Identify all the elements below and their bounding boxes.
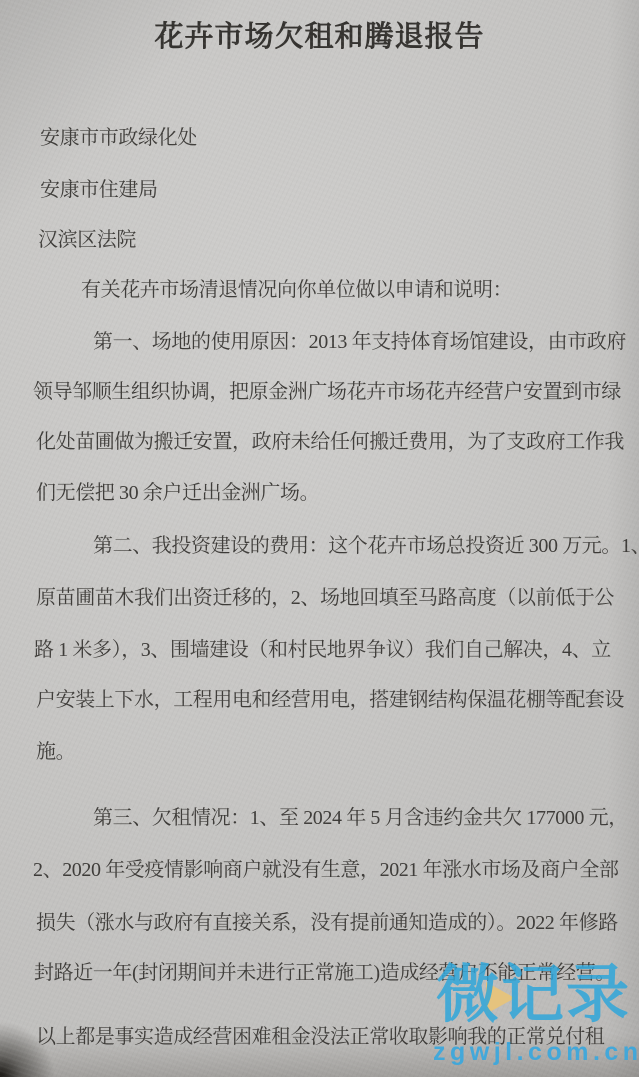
- recipient-line: 汉滨区法院: [38, 223, 136, 252]
- body-line: 们无偿把 30 余户迁出金洲广场。: [36, 476, 319, 505]
- body-line: 第一、场地的使用原因：2013 年支持体育场馆建设，由市政府: [36, 325, 626, 354]
- intro-line: 有关花卉市场清退情况向你单位做以申请和说明：: [36, 273, 512, 302]
- recipient-line: 安康市住建局: [40, 173, 158, 202]
- body-line: 第二、我投资建设的费用：这个花卉市场总投资近 300 万元。1、: [36, 529, 639, 558]
- body-line: 户安装上下水，工程用电和经营用电，搭建钢结构保温花棚等配套设: [36, 683, 624, 712]
- body-line: 损失（涨水与政府有直接关系，没有提前通知造成的）。2022 年修路: [36, 906, 618, 935]
- body-line: 原苗圃苗木我们出资迁移的，2、场地回填至马路高度（以前低于公: [36, 581, 614, 610]
- document-title: 花卉市场欠租和腾退报告: [0, 14, 639, 55]
- recipient-line: 安康市市政绿化处: [40, 121, 197, 150]
- body-line: 路 1 米多），3、围墙建设（和村民地界争议）我们自己解决，4、立: [34, 633, 611, 662]
- body-line: 2、2020 年受疫情影响商户就没有生意，2021 年涨水市场及商户全部: [33, 853, 619, 882]
- document-page: 花卉市场欠租和腾退报告 安康市市政绿化处 安康市住建局 汉滨区法院 有关花卉市场…: [0, 0, 639, 1077]
- body-line: 第三、欠租情况：1、至 2024 年 5 月含违约金共欠 177000 元，: [36, 801, 628, 830]
- watermark-logo-text: 微记录: [436, 964, 631, 1027]
- body-line: 化处苗圃做为搬迁安置，政府未给任何搬迁费用，为了支政府工作我: [36, 425, 624, 454]
- body-line: 施。: [36, 735, 75, 764]
- watermark-url: zgwjl.com.cn: [433, 1038, 639, 1067]
- body-line: 领导邹顺生组织协调，把原金洲广场花卉市场花卉经营户安置到市绿: [33, 375, 621, 404]
